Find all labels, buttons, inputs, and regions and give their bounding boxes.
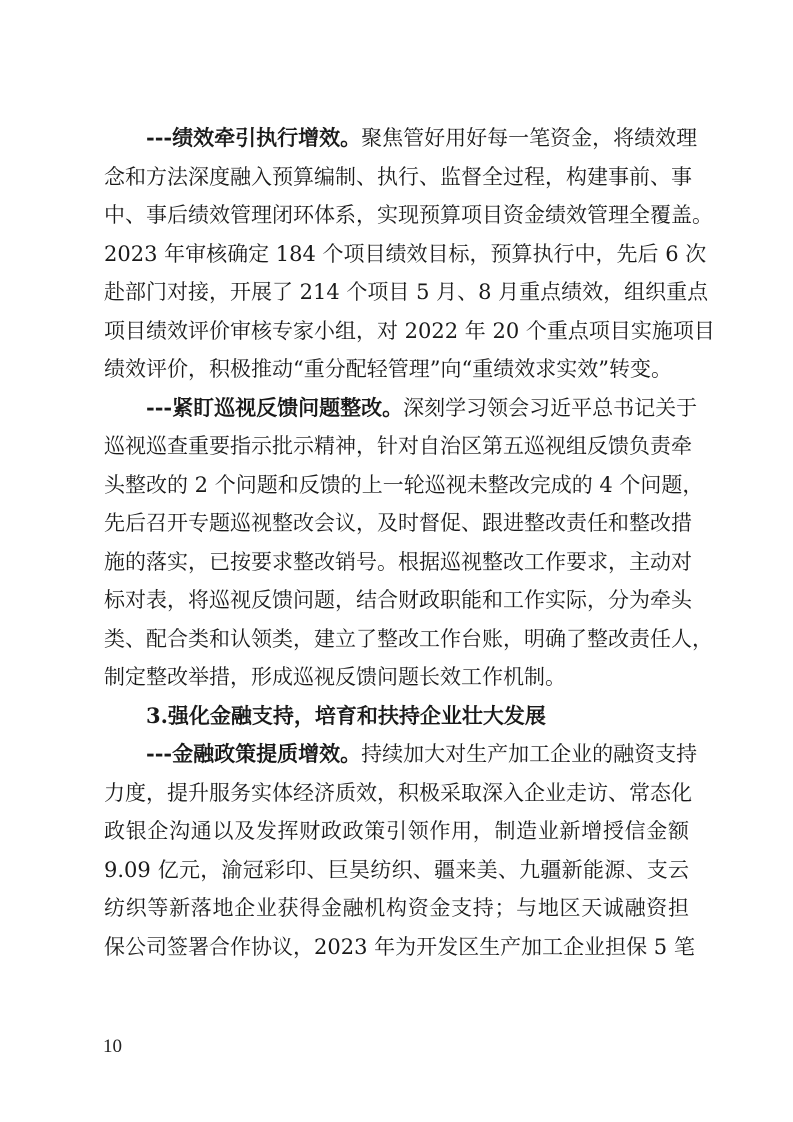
paragraph-line: 绩效评价，积极推动“重分配轻管理”向“重绩效求实效”转变。 [104, 354, 689, 384]
paragraph-line: 类、配合类和认领类，建立了整改工作台账，明确了整改责任人， [104, 624, 689, 654]
paragraph-line: ---紧盯巡视反馈问题整改。深刻学习领会习近平总书记关于 [146, 393, 689, 423]
paragraph-text: 深刻学习领会习近平总书记关于 [403, 396, 697, 420]
paragraph-line: 巡视巡查重要指示批示精神，针对自治区第五巡视组反馈负责牵 [104, 431, 689, 461]
paragraph-line: 政银企沟通以及发挥财政政策引领作用，制造业新增授信金额 [104, 816, 689, 846]
paragraph-lead-heading: ---紧盯巡视反馈问题整改。 [146, 395, 403, 420]
paragraph-text: 持续加大对生产加工企业的融资支持 [361, 742, 697, 766]
paragraph-line: 项目绩效评价审核专家小组，对 2022 年 20 个重点项目实施项目 [104, 316, 689, 346]
paragraph-line: 2023 年审核确定 184 个项目绩效目标，预算执行中，先后 6 次 [104, 239, 689, 269]
document-page: ---绩效牵引执行增效。聚焦管好用好每一笔资金，将绩效理 念和方法深度融入预算编… [0, 0, 793, 1122]
paragraph-line: ---绩效牵引执行增效。聚焦管好用好每一笔资金，将绩效理 [146, 123, 689, 153]
paragraph-line: 保公司签署合作协议，2023 年为开发区生产加工企业担保 5 笔 [104, 932, 689, 962]
paragraph-line: 制定整改举措，形成巡视反馈问题长效工作机制。 [104, 662, 689, 692]
paragraph-line: 力度，提升服务实体经济质效，积极采取深入企业走访、常态化 [104, 778, 689, 808]
section-heading: 3.强化金融支持，培育和扶持企业壮大发展 [146, 701, 689, 731]
paragraph-line: 9.09 亿元，渝冠彩印、巨昊纺织、疆来美、九疆新能源、支云 [104, 855, 689, 885]
paragraph-line: 中、事后绩效管理闭环体系，实现预算项目资金绩效管理全覆盖。 [104, 200, 689, 230]
paragraph-line: 头整改的 2 个问题和反馈的上一轮巡视未整改完成的 4 个问题， [104, 470, 689, 500]
paragraph-text: 聚焦管好用好每一笔资金，将绩效理 [361, 126, 697, 150]
paragraph-lead-heading: ---金融政策提质增效。 [146, 741, 361, 766]
paragraph-line: 施的落实，已按要求整改销号。根据巡视整改工作要求，主动对 [104, 547, 689, 577]
paragraph-line: 赴部门对接，开展了 214 个项目 5 月、8 月重点绩效，组织重点 [104, 277, 689, 307]
paragraph-line: 纺织等新落地企业获得金融机构资金支持；与地区天诚融资担 [104, 893, 689, 923]
page-number: 10 [103, 1036, 122, 1058]
paragraph-line: 标对表，将巡视反馈问题，结合财政职能和工作实际，分为牵头 [104, 585, 689, 615]
paragraph-line: ---金融政策提质增效。持续加大对生产加工企业的融资支持 [146, 739, 689, 769]
paragraph-lead-heading: ---绩效牵引执行增效。 [146, 125, 361, 150]
paragraph-line: 先后召开专题巡视整改会议，及时督促、跟进整改责任和整改措 [104, 508, 689, 538]
paragraph-line: 念和方法深度融入预算编制、执行、监督全过程，构建事前、事 [104, 162, 689, 192]
